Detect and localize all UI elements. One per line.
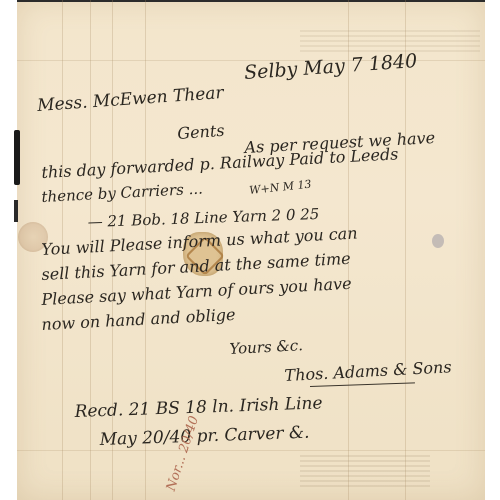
ink-blot [432,234,444,248]
binding-edge-lower [14,200,18,222]
binding-edge [14,130,20,185]
salutation: Gents [177,121,225,143]
scan-margin [0,0,17,500]
printed-ruling [300,455,430,490]
fold-line [405,0,406,500]
page-top-edge [17,0,485,2]
closing: Yours &c. [229,336,303,358]
fold-line [17,450,485,451]
